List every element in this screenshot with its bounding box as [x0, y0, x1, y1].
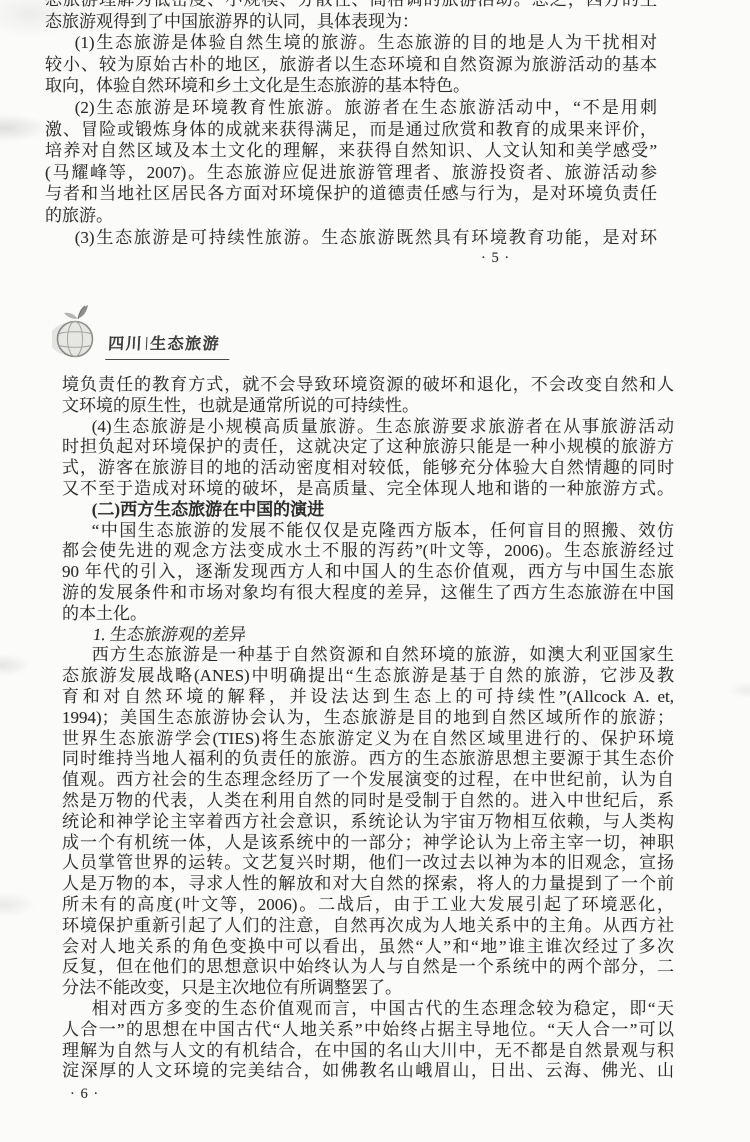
page6-number: · 6 · [70, 1086, 99, 1103]
text-line: 与者和当地社区居民各方面对环境保护的道德责任感与行为，是对环境负责任 [45, 183, 657, 205]
text-line: 激、冒险或锻炼身体的成就来获得满足，而是通过欣赏和教育的成果来评价， [45, 119, 657, 141]
text-line: 淀深厚的人文环境的完美结合，如佛教名山峨眉山，日出、云海、佛光、山 [62, 1061, 674, 1082]
text-line: (马耀峰等，2007)。生态旅游应促进旅游管理者、旅游投资者、旅游活动参 [45, 162, 657, 184]
text-line: 世界生态旅游学会(TIES)将生态旅游定义为在自然区域里进行的、保护环境 [62, 729, 674, 750]
text-line: 成一个有机统一体，人是该系统中的一部分；神学论认为上帝主宰一切，神职 [62, 833, 674, 854]
text-line: 都会使先进的观念方法变成水土不服的泻药”(叶文等，2006)。生态旅游经过 [62, 541, 674, 562]
text-line: (二)西方生态旅游在中国的演进 [62, 500, 674, 521]
text-line: 1. 生态旅游观的差异 [62, 625, 677, 646]
apple-globe-logo-icon [52, 304, 100, 360]
text-line: 90 年代的引入，逐渐发现西方人和中国人的生态价值观，西方与中国生态旅 [62, 562, 674, 583]
text-line: 的旅游。 [45, 205, 657, 227]
text-line: 取向，体验自然环境和乡土文化是生态旅游的基本特色。 [45, 75, 657, 97]
scanned-book-spread: 态旅游理解为低密度、小规模、分散性、高格调的旅游活动。总之，西方的生态旅游观得到… [0, 0, 750, 1142]
text-line: 文环境的原生性，也就是通常所说的可持续性。 [62, 396, 674, 417]
text-line: 所未有的高度(叶文等，2006)。二战后，由于工业大发展引起了环境恶化， [62, 895, 674, 916]
text-line: 会对人地关系的角色变换中可以看出，虽然“人”和“地”谁主谁次经过了多次 [62, 937, 674, 958]
page5-text-block: 态旅游理解为低密度、小规模、分散性、高格调的旅游活动。总之，西方的生态旅游观得到… [45, 0, 657, 248]
text-line: 态旅游观得到了中国旅游界的认同，具体表现为： [45, 11, 657, 33]
text-line: 态旅游理解为低密度、小规模、分散性、高格调的旅游活动。总之，西方的生 [45, 0, 657, 11]
text-line: (1)生态旅游是体验自然生境的旅游。生态旅游的目的地是人为干扰相对 [45, 32, 657, 54]
text-line: 1994)；美国生态旅游协会认为，生态旅游是目的地到自然区域所作的旅游； [62, 708, 674, 729]
book-title-subject: 生态旅游 [150, 336, 221, 353]
text-line: (3)生态旅游是可持续性旅游。生态旅游既然具有环境教育功能，是对环 [45, 227, 657, 249]
text-line: 然是万物的代表，人类在利用自然的同时是受制于自然的。进入中世纪后，系 [62, 791, 674, 812]
text-line: (4)生态旅游是小规模高质量旅游。生态旅游要求旅游者在从事旅游活动 [62, 417, 674, 438]
text-line: 较小、较为原始古朴的地区，旅游者以生态环境和自然资源为旅游活动的基本 [45, 54, 657, 76]
text-line: 环境保护重新引起了人们的注意，自然再次成为人地关系中的主角。从西方社 [62, 916, 674, 937]
text-line: 态旅游发展战略(ANES)中明确提出“生态旅游是基于自然的旅游，它涉及教 [62, 666, 674, 687]
text-line: 分法不能改变，只是主次地位有所调整罢了。 [62, 978, 674, 999]
text-line: 理解为自然与人文的有机结合，在中国的名山大川中，无不都是自然景观与积 [62, 1041, 674, 1062]
text-line: 式，游客在旅游目的地的活动密度相对较低，能够充分体验大自然情趣的同时 [62, 458, 674, 479]
text-line: 人员掌管世界的运转。文艺复兴时期，他们一改过去以神为本的旧观念，宣扬 [62, 853, 674, 874]
text-line: 时担负起对环境保护的责任，这就决定了这种旅游只能是一种小规模的旅游方 [62, 437, 674, 458]
text-line: 育和对自然环境的解释，并设法达到生态上的可持续性”(Allcock A. et, [62, 687, 674, 708]
text-line: 西方生态旅游是一种基于自然资源和自然环境的旅游，如澳大利亚国家生 [62, 645, 674, 666]
text-line: 统论和神学论主宰着西方社会意识，系统论认为宇宙万物相互依赖，与人类构 [62, 812, 674, 833]
text-line: 同时维持当地人福利的负责任的旅游。西方的生态旅游思想主要源于其生态价 [62, 749, 674, 770]
book-header: 四川生态旅游 [52, 304, 230, 360]
title-divider [146, 337, 148, 350]
text-line: 相对西方多变的生态价值观而言，中国古代的生态理念较为稳定，即“天 [62, 999, 674, 1020]
page5-number: · 5 · [481, 250, 510, 267]
text-line: 人是万物的本，寻求人性的解放和对大自然的探索，将人的力量提到了一个前 [62, 874, 674, 895]
text-line: 又不至于造成对环境的破坏，是高质量、完全体现人地和谐的一种旅游方式。 [62, 479, 674, 500]
book-title-region: 四川 [108, 336, 144, 353]
text-line: “中国生态旅游的发展不能仅仅是克隆西方版本，任何盲目的照搬、效仿 [62, 521, 674, 542]
book-title: 四川生态旅游 [105, 331, 231, 360]
text-line: 境负责任的教育方式，就不会导致环境资源的破坏和退化，不会改变自然和人 [62, 375, 674, 396]
text-line: 人合一”的思想在中国古代“人地关系”中始终占据主导地位。“天人合一”可以 [62, 1020, 674, 1041]
page6-text-block: 境负责任的教育方式，就不会导致环境资源的破坏和退化，不会改变自然和人文环境的原生… [62, 375, 674, 1082]
text-line: 反复，但在他们的思想意识中始终认为人与自然是一个系统中的两个部分，二 [62, 957, 674, 978]
text-line: 游的发展条件和市场对象均有很大程度的差异，这催生了西方生态旅游在中国 [62, 583, 674, 604]
text-line: 值观。西方社会的生态理念经历了一个发展演变的过程，在中世纪前，认为自 [62, 770, 674, 791]
text-line: (2)生态旅游是环境教育性旅游。旅游者在生态旅游活动中，“不是用刺 [45, 97, 657, 119]
text-line: 培养对自然区域及本土文化的理解，来获得自然知识、人文认知和美学感受” [45, 140, 657, 162]
text-line: 的本土化。 [62, 604, 674, 625]
